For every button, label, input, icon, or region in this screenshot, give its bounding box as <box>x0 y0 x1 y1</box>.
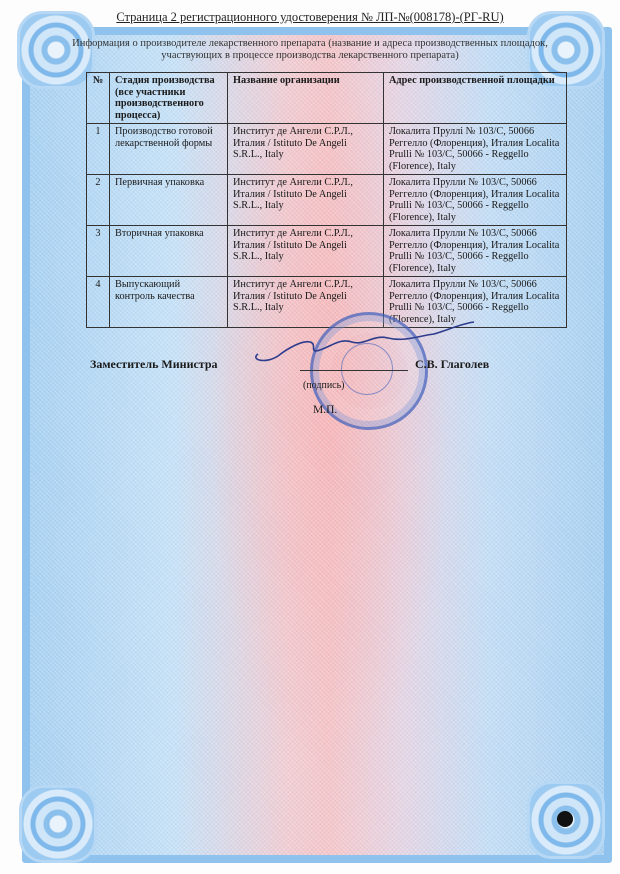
cell-num: 3 <box>87 226 110 277</box>
cell-num: 4 <box>87 277 110 328</box>
seal-label: М.П. <box>313 404 337 416</box>
cell-num: 2 <box>87 175 110 226</box>
corner-rosette-icon <box>22 788 94 860</box>
header-org: Название организации <box>228 73 384 124</box>
table-row: 3 Вторичная упаковка Институт де Ангели … <box>87 226 567 277</box>
cell-stage: Вторичная упаковка <box>110 226 228 277</box>
table-header-row: № Стадия производства (все участники про… <box>87 73 567 124</box>
intro-line-2: участвующих в процессе производства лека… <box>60 50 560 62</box>
cell-org: Институт де Ангели С.Р.Л., Италия / Isti… <box>228 124 384 175</box>
manufacturer-table: № Стадия производства (все участники про… <box>86 72 567 328</box>
header-num: № <box>87 73 110 124</box>
cell-org: Институт де Ангели С.Р.Л., Италия / Isti… <box>228 175 384 226</box>
signature-caption: (подпись) <box>303 380 345 391</box>
cell-num: 1 <box>87 124 110 175</box>
signer-name: С.В. Глаголев <box>415 357 489 372</box>
cell-address: Локалита Пруллі № 103/С, 50066 Реггелло … <box>384 124 567 175</box>
signature-line <box>300 370 408 371</box>
cell-address: Локалита Прулли № 103/С, 50066 Реггелло … <box>384 175 567 226</box>
cell-stage: Производство готовой лекарственной формы <box>110 124 228 175</box>
cell-address: Локалита Прулли № 103/С, 50066 Реггелло … <box>384 226 567 277</box>
intro-line-1: Информация о производителе лекарственног… <box>60 38 560 50</box>
signer-title: Заместитель Министра <box>90 357 218 372</box>
cell-org: Институт де Ангели С.Р.Л., Италия / Isti… <box>228 226 384 277</box>
header-address: Адрес производственной площадки <box>384 73 567 124</box>
table-row: 1 Производство готовой лекарственной фор… <box>87 124 567 175</box>
intro-text: Информация о производителе лекарственног… <box>60 38 560 62</box>
hole-punch-dot-icon <box>557 811 573 827</box>
page-title: Страница 2 регистрационного удостоверени… <box>0 10 620 25</box>
cell-stage: Выпускающий контроль качества <box>110 277 228 328</box>
cell-stage: Первичная упаковка <box>110 175 228 226</box>
table-row: 2 Первичная упаковка Институт де Ангели … <box>87 175 567 226</box>
header-stage: Стадия производства (все участники произ… <box>110 73 228 124</box>
